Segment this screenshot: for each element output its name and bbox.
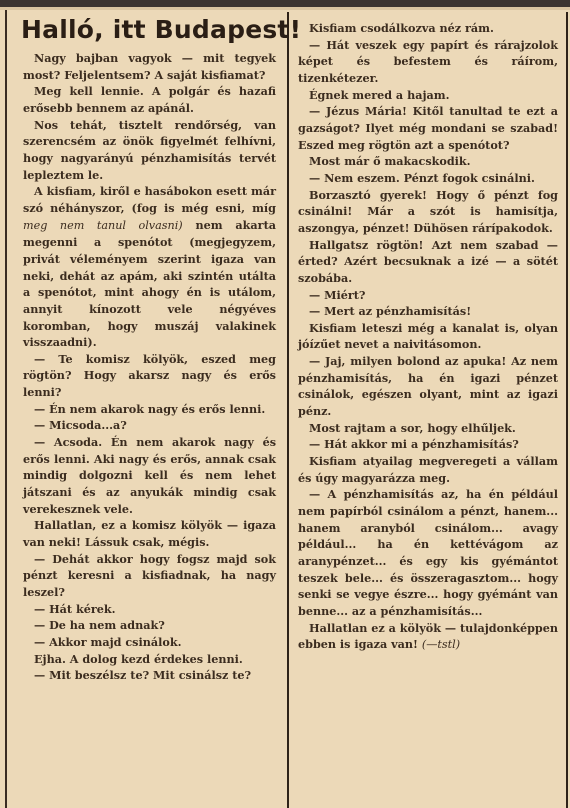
paragraph: Kisfiam leteszi még a kanalat is, olyan … (298, 320, 558, 353)
paragraph: Ejha. A dolog kezd érdekes lenni. (23, 651, 276, 668)
paragraph: Hallgatsz rögtön! Azt nem szabad — érted… (298, 237, 558, 287)
article-title: Halló, itt Budapest! (21, 14, 276, 46)
dialogue-line: — Akkor majd csinálok. (23, 634, 276, 651)
column-divider-rule (287, 12, 289, 808)
paragraph: Nos tehát, tisztelt rendőrség, van szere… (23, 117, 276, 184)
dialogue-line: — Jaj, milyen bolond az apuka! Az nem pé… (298, 353, 558, 420)
paragraph: A kisfiam, kiről e hasábokon esett már s… (23, 183, 276, 351)
paragraph: Égnek mered a hajam. (298, 87, 558, 104)
dialogue-line: — Mit beszélsz te? Mit csinálsz te? (23, 667, 276, 684)
top-border-bar (0, 0, 570, 7)
dialogue-line: — A pénzhamisítás az, ha én például nem … (298, 486, 558, 619)
dialogue-line: — De ha nem adnak? (23, 617, 276, 634)
italic-aside: meg nem tanul olvasni) (23, 219, 183, 232)
top-border-highlight (0, 7, 570, 10)
paragraph-text: A kisfiam, kiről e hasábokon esett már s… (23, 184, 276, 215)
paragraph: Nagy bajban vagyok — mit tegyek most? Fe… (23, 50, 276, 83)
right-border-rule (566, 12, 568, 808)
dialogue-line: — Acsoda. Én nem akarok nagy és erős len… (23, 434, 276, 517)
paragraph: Most rajtam a sor, hogy elhűljek. (298, 420, 558, 437)
dialogue-line: — Hát akkor mi a pénzhamisítás? (298, 436, 558, 453)
closing-paragraph: Hallatlan ez a kölyök — tulajdonképpen e… (298, 620, 558, 654)
dialogue-line: — Mert az pénzhamisítás! (298, 303, 558, 320)
dialogue-line: — Te komisz kölyök, eszed meg rögtön? Ho… (23, 351, 276, 401)
paragraph: Meg kell lennie. A polgár és hazafi erős… (23, 83, 276, 116)
paragraph: Hallatlan, ez a komisz kölyök — igaza va… (23, 517, 276, 550)
left-border-rule (5, 10, 7, 808)
paragraph: Most már ő makacskodik. (298, 153, 558, 170)
paragraph: Borzasztó gyerek! Hogy ő pénzt fog csiná… (298, 187, 558, 237)
dialogue-line: — Miért? (298, 287, 558, 304)
paragraph: Kisfiam csodálkozva néz rám. (298, 20, 558, 37)
dialogue-line: — Micsoda...a? (23, 417, 276, 434)
dialogue-line: — Én nem akarok nagy és erős lenni. (23, 401, 276, 418)
dialogue-line: — Jézus Mária! Kitől tanultad te ezt a g… (298, 103, 558, 153)
dialogue-line: — Dehát akkor hogy fogsz majd sok pénzt … (23, 551, 276, 601)
dialogue-line: — Hát kérek. (23, 601, 276, 618)
right-column: Kisfiam csodálkozva néz rám. — Hát vesze… (298, 20, 558, 654)
dialogue-line: — Hát veszek egy papírt és rárajzolok ké… (298, 37, 558, 87)
author-signature: (—tstl) (422, 638, 460, 651)
left-column: Halló, itt Budapest! Nagy bajban vagyok … (23, 14, 276, 684)
paragraph: Kisfiam atyailag megveregeti a vállam és… (298, 453, 558, 486)
dialogue-line: — Nem eszem. Pénzt fogok csinálni. (298, 170, 558, 187)
paragraph-text: nem akarta megenni a spenótot (megjegyze… (23, 218, 276, 350)
